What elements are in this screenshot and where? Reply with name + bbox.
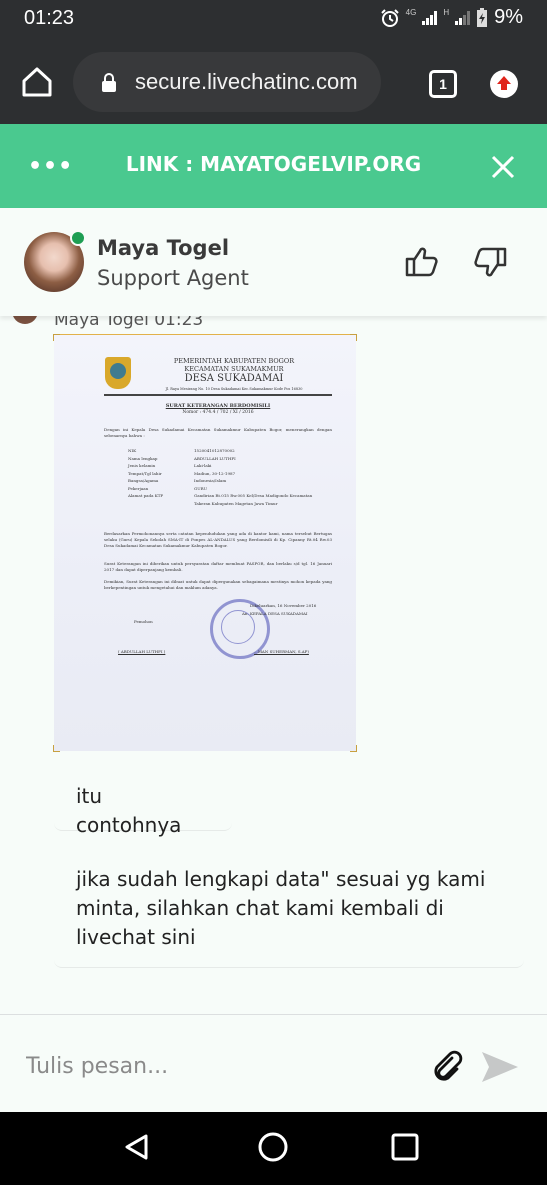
chat-header-title: LINK : MAYATOGELVIP.ORG [0, 152, 547, 176]
agent-name: Maya Togel [97, 236, 229, 260]
doc-place-date: Dikeluarkan, 16 November 2016 [250, 603, 316, 608]
doc-divider [104, 394, 332, 396]
signal-icon [455, 11, 470, 25]
doc-applicant-name: ( ABDULLAH LUTHFI ) [118, 649, 165, 654]
agent-role: Support Agent [97, 266, 249, 290]
doc-header-line: PEMERINTAH KABUPATEN BOGOR [134, 357, 334, 365]
emblem-logo [105, 357, 131, 389]
alarm-icon [380, 8, 400, 28]
message-input[interactable] [24, 1045, 408, 1087]
tab-switcher-button[interactable]: 1 [429, 70, 457, 98]
status-bar: 01:23 4G H 9% [0, 0, 547, 40]
close-icon[interactable] [490, 154, 516, 180]
thumbs-up-icon[interactable] [403, 244, 439, 280]
battery-charging-icon [476, 8, 488, 28]
home-circle-icon[interactable] [258, 1132, 288, 1162]
signal-icon [422, 11, 437, 25]
update-button[interactable] [490, 70, 518, 98]
send-icon[interactable] [480, 1049, 520, 1085]
message-meta: Maya Togel 01:23 [54, 316, 203, 330]
url-text: secure.livechatinc.com [135, 69, 358, 95]
message-composer [0, 1014, 547, 1113]
browser-toolbar: secure.livechatinc.com 1 [0, 40, 547, 124]
status-icons: 4G H 9% [380, 6, 523, 29]
status-time: 01:23 [24, 7, 74, 30]
address-bar[interactable]: secure.livechatinc.com [73, 52, 381, 112]
system-navigation-bar [0, 1112, 547, 1185]
doc-header-line: KECAMATAN SUKAMAKMUR [134, 365, 334, 373]
doc-paragraph: Dengan ini Kepala Desa Sukadamai Kecamat… [104, 427, 332, 439]
doc-applicant-label: Pemohon [134, 619, 153, 624]
doc-number: Nomor : 474.4 / 702 / XI / 2016 [104, 410, 332, 415]
update-arrow-icon [490, 70, 518, 98]
doc-address: Jl. Raya Mesirang No. 10 Desa Sukadamai … [134, 387, 334, 391]
paperclip-icon[interactable] [430, 1049, 466, 1085]
doc-title: SURAT KETERANGAN BERDOMISILI [104, 403, 332, 409]
chat-header: ••• LINK : MAYATOGELVIP.ORG [0, 124, 547, 208]
message-text: jika sudah lengkapi data" sesuai yg kami… [76, 865, 504, 952]
lock-icon [101, 72, 117, 92]
doc-paragraph: Demikian, Surat Keterangan ini dibuat un… [104, 579, 332, 591]
doc-signer-title: An. KEPALA DESA SUKADAMAI [242, 611, 307, 616]
network-type-label: 4G [406, 8, 417, 17]
message-bubble: jika sudah lengkapi data" sesuai yg kami… [54, 849, 524, 968]
doc-header-title: DESA SUKADAMAI [134, 373, 334, 384]
doc-paragraph: Surat Keterangan ini diberikan untuk per… [104, 561, 332, 573]
message-text: itu contohnya [76, 782, 212, 840]
agent-bar: Maya Togel Support Agent [0, 208, 547, 316]
back-icon[interactable] [122, 1132, 152, 1162]
doc-paragraph: Berdasarkan Permohonannya serta catatan … [104, 531, 332, 549]
recents-icon[interactable] [390, 1132, 420, 1162]
network2-type-label: H [443, 8, 449, 17]
chat-messages[interactable]: Maya Togel 01:23 PEMERINTAH KABUPATEN BO… [0, 316, 547, 1014]
doc-fields: NIK1520041012870002 Nama lengkapABDULLAH… [128, 447, 328, 507]
thumbs-down-icon[interactable] [473, 244, 509, 280]
home-icon[interactable] [20, 66, 54, 98]
image-attachment[interactable]: PEMERINTAH KABUPATEN BOGOR KECAMATAN SUK… [54, 334, 356, 751]
message-bubble: itu contohnya [54, 766, 232, 831]
online-status-dot [70, 230, 86, 246]
battery-percent: 9% [494, 6, 523, 29]
message-author-avatar [12, 316, 38, 324]
doc-signer-name: ...MAN SUHERMAN, S.AP) [254, 649, 309, 654]
